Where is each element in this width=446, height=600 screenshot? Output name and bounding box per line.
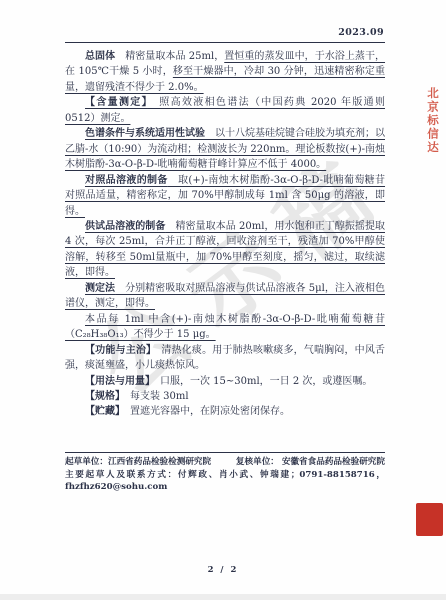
footer-block: 起草单位：江西省药品检验检测研究院 复核单位： 安徽省食品药品检验研究院 主要起… (65, 452, 385, 494)
run-text: 每支装 30ml (120, 391, 189, 402)
drafting-unit-text: 起草单位：江西省药品检验检测研究院 (65, 456, 211, 469)
run-bold: 【含量测定】 (85, 97, 148, 108)
paragraph: 【贮藏】 置遮光容器中，在阴凉处密闭保存。 (65, 404, 385, 419)
paragraph: 色谱条件与系统适用性试验 以十八烷基硅烷键合硅胶为填充剂；以乙腈-水（10:90… (65, 126, 385, 172)
run-bold: 总固体 (85, 51, 115, 62)
run-bold: 【规格】 (85, 391, 120, 402)
run-bold: 【功能与主治】 (85, 345, 151, 356)
paragraph: 【用法与用量】 口服，一次 15~30ml，一日 2 次，或遵医嘱。 (65, 374, 385, 389)
paragraph: 供试品溶液的制备 精密量取本品 20ml，用水饱和正丁醇振摇提取 4 次，每次 … (65, 219, 385, 281)
run-bold: 对照品溶液的制备 (85, 175, 168, 186)
review-unit-text: 复核单位： 安徽省食品药品检验研究院 (236, 456, 385, 469)
run-bold: 供试品溶液的制备 (85, 221, 165, 232)
paragraph: 【功能与主治】 清热化痰。用于肺热咳嗽痰多，气喘胸闷，中风舌强，痰涎壅盛，小儿痰… (65, 343, 385, 374)
header-date: 2023.09 (65, 27, 384, 38)
paragraph: 对照品溶液的制备 取(+)-南烛木树脂酚-3α-O-β-D-吡喃葡萄糖苷对照品适… (65, 173, 385, 219)
header-rule (65, 42, 385, 43)
run-bold: 【贮藏】 (85, 406, 120, 417)
page-number: 2 / 2 (0, 565, 446, 575)
run-text: 置恒重的蒸发皿中，于水浴上蒸干， (224, 51, 385, 62)
red-stamp (416, 503, 443, 536)
run-bold: 色谱条件与系统适用性试验 (85, 128, 205, 139)
paragraph: 【含量测定】 照高效液相色谱法（中国药典 2020 年版通则 0512）测定。 (65, 95, 385, 126)
page-bottom-edge (0, 594, 446, 600)
run-text: 口服，一次 15~30ml，一日 2 次，或遵医嘱。 (150, 376, 372, 387)
run-text: 置遮光容器中，在阴凉处密闭保存。 (120, 406, 290, 417)
run-text: 本品每 1ml 中含(+)-南烛木树脂酚-3α-O-β-D-吡喃葡萄糖苷（C₂₈… (65, 314, 385, 340)
paragraph: 总固体 精密量取本品 25ml，置恒重的蒸发皿中，于水浴上蒸干，在 105℃干燥… (65, 49, 385, 95)
run-text: 精密量取本品 25ml， (115, 51, 224, 62)
contact-text: 主要起草人及联系方式：付辉政、肖小武、钟瑞建；0791-88158716，fhz… (65, 469, 385, 494)
footer-units-line: 起草单位：江西省药品检验检测研究院 复核单位： 安徽省食品药品检验研究院 (65, 456, 385, 469)
document-page: 公示稿 2023.09 总固体 精密量取本品 25ml，置恒重的蒸发皿中，于水浴… (0, 0, 446, 600)
run-bold: 测定法 (85, 283, 115, 294)
page-content: 2023.09 总固体 精密量取本品 25ml，置恒重的蒸发皿中，于水浴上蒸干，… (65, 27, 385, 420)
paragraph: 【规格】 每支装 30ml (65, 389, 385, 404)
run-text: 在 105℃干燥 5 小时， (65, 66, 173, 77)
paragraph: 测定法 分别精密吸取对照品溶液与供试品溶液各 5μl，注入液相色谱仪，测定，即得… (65, 281, 385, 312)
side-watermark-text: 北京标信达 (425, 87, 441, 155)
paragraph: 本品每 1ml 中含(+)-南烛木树脂酚-3α-O-β-D-吡喃葡萄糖苷（C₂₈… (65, 312, 385, 343)
run-bold: 【用法与用量】 (85, 376, 150, 387)
body-paragraphs: 总固体 精密量取本品 25ml，置恒重的蒸发皿中，于水浴上蒸干，在 105℃干燥… (65, 49, 385, 420)
